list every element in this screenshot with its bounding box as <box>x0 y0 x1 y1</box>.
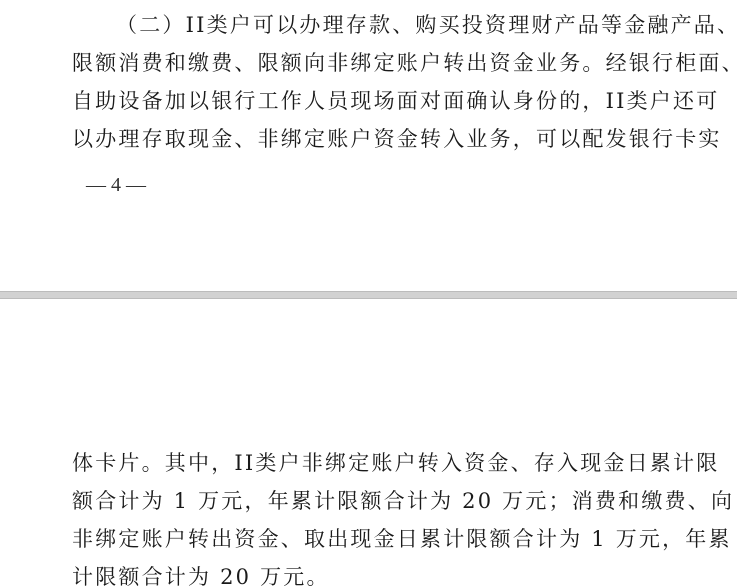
paragraph-line: 非绑定账户转出资金、取出现金日累计限额合计为 1 万元，年累 <box>72 526 662 552</box>
paragraph-line: 自助设备加以银行工作人员现场面对面确认身份的，II类户还可 <box>72 88 662 114</box>
document-page-4: （二）II类户可以办理存款、购买投资理财产品等金融产品、 限额消费和缴费、限额向… <box>0 0 737 291</box>
paragraph-line: 限额消费和缴费、限额向非绑定账户转出资金业务。经银行柜面、 <box>72 50 662 76</box>
paragraph-line: 计限额合计为 20 万元。 <box>72 564 662 587</box>
document-page-5: 体卡片。其中，II类户非绑定账户转入资金、存入现金日累计限 额合计为 1 万元，… <box>0 299 737 587</box>
paragraph-line: （二）II类户可以办理存款、购买投资理财产品等金融产品、 <box>116 12 662 38</box>
paragraph-line: 以办理存取现金、非绑定账户资金转入业务，可以配发银行卡实 <box>72 126 662 152</box>
page-break-divider <box>0 291 737 299</box>
paragraph-line: 体卡片。其中，II类户非绑定账户转入资金、存入现金日累计限 <box>72 450 662 476</box>
page-number: — 4 — <box>86 172 146 198</box>
paragraph-line: 额合计为 1 万元，年累计限额合计为 20 万元；消费和缴费、向 <box>72 488 662 514</box>
